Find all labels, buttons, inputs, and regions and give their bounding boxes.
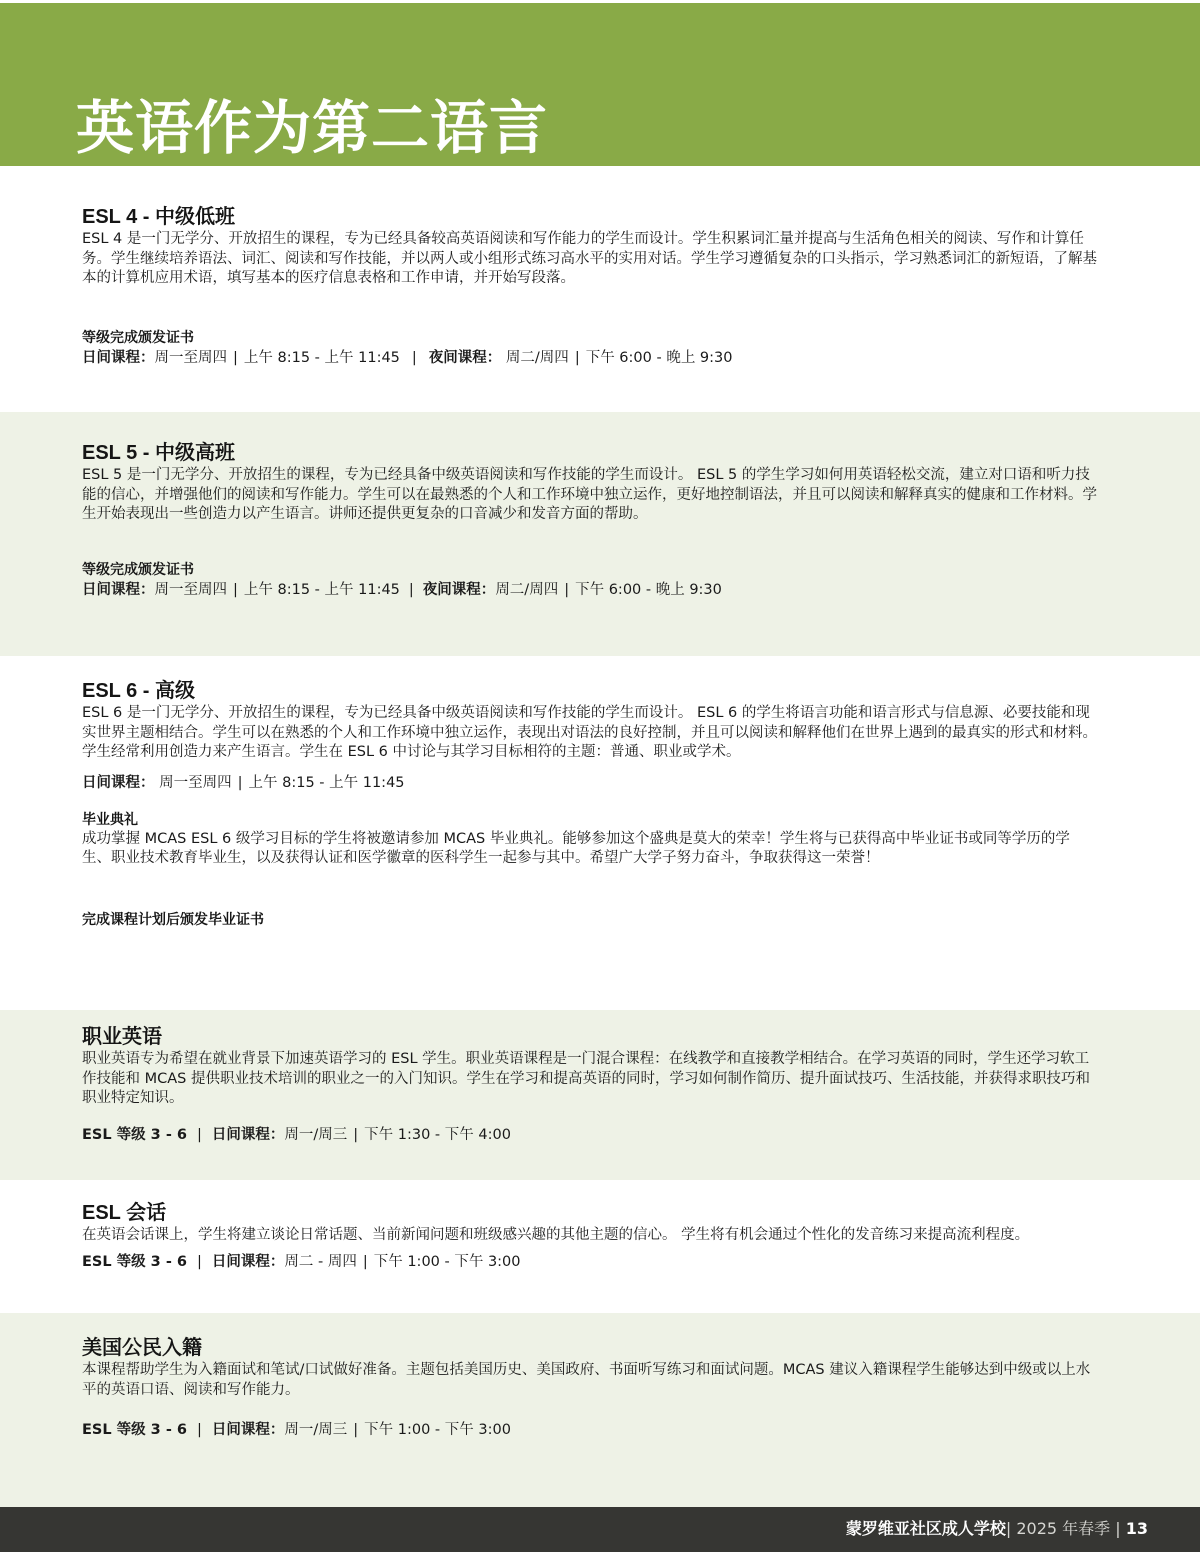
day-class-label: 日间课程： <box>82 350 155 366</box>
course-title: ESL 5 - 中级高班 <box>82 440 1097 466</box>
separator: | <box>353 1125 358 1145</box>
section-citizenship: 美国公民入籍 本课程帮助学生为入籍面试和笔试/口试做好准备。主题包括美国历史、美… <box>0 1313 1200 1507</box>
course-title: ESL 会话 <box>82 1200 1097 1226</box>
day-class-label: 日间课程： <box>212 1422 285 1438</box>
esl-level: ESL 等级 3 - 6 <box>82 1254 187 1270</box>
schedule-line: 日间课程： 周一至周四|上午 8:15 - 上午 11:45 <box>82 773 1097 793</box>
schedule-line: ESL 等级 3 - 6|日间课程：周一/周三|下午 1:30 - 下午 4:0… <box>82 1125 1097 1145</box>
schedule-line: ESL 等级 3 - 6|日间课程：周一/周三|下午 1:00 - 下午 3:0… <box>82 1420 1097 1440</box>
separator: | <box>409 580 414 600</box>
esl-level: ESL 等级 3 - 6 <box>82 1127 187 1143</box>
evening-class-time: 下午 6:00 - 晚上 9:30 <box>586 350 733 366</box>
page-footer: 蒙罗维亚社区成人学校| 2025 年春季 | 13 <box>0 1507 1200 1552</box>
footer-text: 蒙罗维亚社区成人学校| 2025 年春季 | 13 <box>846 1518 1148 1540</box>
course-esl-conversation: ESL 会话 在英语会话课上，学生将建立谈论日常话题、当前新闻问题和班级感兴趣的… <box>82 1200 1097 1272</box>
evening-class-label: 夜间课程： <box>423 582 496 598</box>
day-class-label: 日间课程： <box>212 1254 285 1270</box>
day-class-time: 下午 1:00 - 下午 3:00 <box>364 1422 511 1438</box>
esl-level: ESL 等级 3 - 6 <box>82 1422 187 1438</box>
day-class-time: 上午 8:15 - 上午 11:45 <box>244 582 400 598</box>
separator: | <box>353 1420 358 1440</box>
certificate-note: 完成课程计划后颁发毕业证书 <box>82 911 1097 930</box>
separator: | <box>233 580 238 600</box>
day-class-label: 日间课程： <box>82 775 155 791</box>
separator: | <box>363 1252 368 1272</box>
separator: | <box>564 580 569 600</box>
day-class-label: 日间课程： <box>82 582 155 598</box>
evening-class-days: 周二/周四 <box>506 350 569 366</box>
day-class-days: 周一至周四 <box>159 775 232 791</box>
course-description: 职业英语专为希望在就业背景下加速英语学习的 ESL 学生。职业英语课程是一门混合… <box>82 1050 1097 1109</box>
separator: | <box>233 348 238 368</box>
separator: | <box>412 348 417 368</box>
section-esl-conversation: ESL 会话 在英语会话课上，学生将建立谈论日常话题、当前新闻问题和班级感兴趣的… <box>0 1180 1200 1313</box>
day-class-time: 上午 8:15 - 上午 11:45 <box>244 350 400 366</box>
day-class-days: 周一/周三 <box>284 1127 347 1143</box>
evening-class-days: 周二/周四 <box>495 582 558 598</box>
separator: | <box>197 1420 202 1440</box>
day-class-time: 上午 8:15 - 上午 11:45 <box>249 775 405 791</box>
course-title: 职业英语 <box>82 1024 1097 1050</box>
term-label: | 2025 年春季 | <box>1006 1519 1126 1538</box>
separator: | <box>197 1125 202 1145</box>
separator: | <box>238 773 243 793</box>
course-career-english: 职业英语 职业英语专为希望在就业背景下加速英语学习的 ESL 学生。职业英语课程… <box>82 1024 1097 1145</box>
graduation-text: 成功掌握 MCAS ESL 6 级学习目标的学生将被邀请参加 MCAS 毕业典礼… <box>82 830 1097 869</box>
course-description: ESL 5 是一门无学分、开放招生的课程，专为已经具备中级英语阅读和写作技能的学… <box>82 466 1097 525</box>
course-title: ESL 6 - 高级 <box>82 678 1097 704</box>
evening-class-time: 下午 6:00 - 晚上 9:30 <box>575 582 722 598</box>
section-esl-4: ESL 4 - 中级低班 ESL 4 是一门无学分、开放招生的课程，专为已经具备… <box>0 166 1200 412</box>
page-number: 13 <box>1126 1519 1148 1538</box>
day-class-time: 下午 1:30 - 下午 4:00 <box>364 1127 511 1143</box>
course-description: ESL 4 是一门无学分、开放招生的课程，专为已经具备较高英语阅读和写作能力的学… <box>82 230 1097 289</box>
day-class-days: 周二 - 周四 <box>284 1254 356 1270</box>
section-esl-5: ESL 5 - 中级高班 ESL 5 是一门无学分、开放招生的课程，专为已经具备… <box>0 412 1200 656</box>
course-description: 本课程帮助学生为入籍面试和笔试/口试做好准备。主题包括美国历史、美国政府、书面听… <box>82 1361 1097 1400</box>
course-esl-4: ESL 4 - 中级低班 ESL 4 是一门无学分、开放招生的课程，专为已经具备… <box>82 204 1097 368</box>
certificate-note: 等级完成颁发证书 <box>82 329 1097 348</box>
day-class-days: 周一至周四 <box>155 350 228 366</box>
certificate-note: 等级完成颁发证书 <box>82 561 1097 580</box>
schedule-line: 日间课程：周一至周四|上午 8:15 - 上午 11:45|夜间课程： 周二/周… <box>82 348 1097 368</box>
course-description: 在英语会话课上，学生将建立谈论日常话题、当前新闻问题和班级感兴趣的其他主题的信心… <box>82 1226 1097 1246</box>
course-citizenship: 美国公民入籍 本课程帮助学生为入籍面试和笔试/口试做好准备。主题包括美国历史、美… <box>82 1335 1097 1440</box>
course-title: ESL 4 - 中级低班 <box>82 204 1097 230</box>
section-esl-6: ESL 6 - 高级 ESL 6 是一门无学分、开放招生的课程，专为已经具备中级… <box>0 656 1200 1010</box>
course-esl-6: ESL 6 - 高级 ESL 6 是一门无学分、开放招生的课程，专为已经具备中级… <box>82 678 1097 930</box>
schedule-line: ESL 等级 3 - 6|日间课程：周二 - 周四|下午 1:00 - 下午 3… <box>82 1252 1097 1272</box>
section-career-english: 职业英语 职业英语专为希望在就业背景下加速英语学习的 ESL 学生。职业英语课程… <box>0 1010 1200 1180</box>
separator: | <box>575 348 580 368</box>
course-esl-5: ESL 5 - 中级高班 ESL 5 是一门无学分、开放招生的课程，专为已经具备… <box>82 440 1097 600</box>
day-class-time: 下午 1:00 - 下午 3:00 <box>374 1254 521 1270</box>
evening-class-label: 夜间课程： <box>429 350 502 366</box>
course-description: ESL 6 是一门无学分、开放招生的课程，专为已经具备中级英语阅读和写作技能的学… <box>82 704 1097 763</box>
schedule-line: 日间课程：周一至周四|上午 8:15 - 上午 11:45|夜间课程：周二/周四… <box>82 580 1097 600</box>
page-title: 英语作为第二语言 <box>76 93 548 163</box>
day-class-days: 周一至周四 <box>155 582 228 598</box>
course-title: 美国公民入籍 <box>82 1335 1097 1361</box>
day-class-label: 日间课程： <box>212 1127 285 1143</box>
graduation-title: 毕业典礼 <box>82 811 1097 830</box>
school-name: 蒙罗维亚社区成人学校 <box>846 1519 1006 1538</box>
separator: | <box>197 1252 202 1272</box>
page-header-banner: 英语作为第二语言 <box>0 3 1200 166</box>
day-class-days: 周一/周三 <box>284 1422 347 1438</box>
